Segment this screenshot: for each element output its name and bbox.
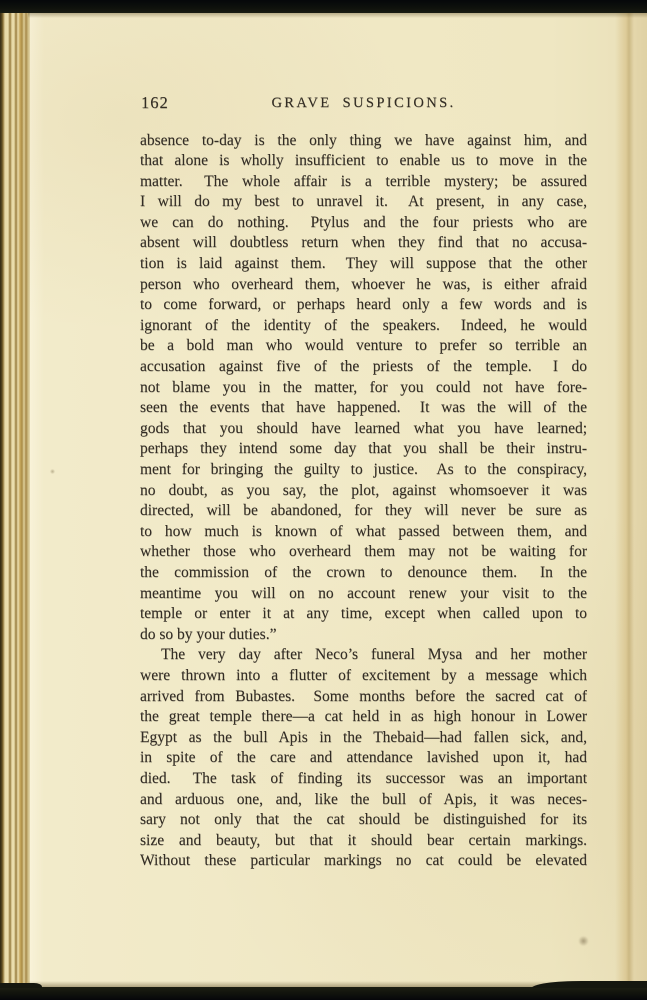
page-body-text: absence to-day is the only thing we have… [140, 131, 587, 872]
text-line: size and beauty, but that it should bear… [140, 831, 587, 852]
text-line: ignorant of the identity of the speakers… [140, 316, 587, 337]
running-header: GRAVE SUSPICIONS. [140, 93, 587, 112]
text-line: do so by your duties.” [140, 625, 587, 646]
text-line: the great temple there—a cat held in as … [140, 707, 587, 728]
text-line: be a bold man who would venture to prefe… [140, 336, 587, 357]
text-line: accusation against five of the priests o… [140, 357, 587, 378]
text-line: in spite of the care and attendance lavi… [140, 748, 587, 769]
text-line: absence to-day is the only thing we have… [140, 131, 587, 152]
text-line: died. The task of finding its successor … [140, 769, 587, 790]
text-line: to come forward, or perhaps heard only a… [140, 295, 587, 316]
text-line: sary not only that the cat should be dis… [140, 810, 587, 831]
text-line: I will do my best to unravel it. At pres… [140, 192, 587, 213]
photo-top-border [0, 0, 647, 13]
page-header: 162 GRAVE SUSPICIONS. [140, 93, 587, 115]
text-line: Egypt as the bull Apis in the Thebaid—ha… [140, 728, 587, 749]
text-line: directed, will be abandoned, for they wi… [140, 501, 587, 522]
photo-bottom-border [0, 987, 647, 1000]
text-line: no doubt, as you say, the plot, against … [140, 481, 587, 502]
text-line: perhaps they intend some day that you sh… [140, 439, 587, 460]
text-line: we can do nothing. Ptylus and the four p… [140, 213, 587, 234]
text-line: whether those who overheard them may not… [140, 542, 587, 563]
text-line: ment for bringing the guilty to justice.… [140, 460, 587, 481]
text-line: Without these particular markings no cat… [140, 851, 587, 872]
text-line: were thrown into a flutter of excitement… [140, 666, 587, 687]
text-line: tion is laid against them. They will sup… [140, 254, 587, 275]
text-line: that alone is wholly insufficient to ena… [140, 151, 587, 172]
text-line: gods that you should have learned what y… [140, 419, 587, 440]
text-line: seen the events that have happened. It w… [140, 398, 587, 419]
text-line: meantime you will on no account renew yo… [140, 584, 587, 605]
text-line: matter. The whole affair is a terrible m… [140, 172, 587, 193]
text-line: temple or enter it at any time, except w… [140, 604, 587, 625]
text-line: absent will doubtless return when they f… [140, 233, 587, 254]
page-top-edge-shadow [28, 13, 647, 18]
scanned-book-page: 162 GRAVE SUSPICIONS. absence to-day is … [0, 0, 647, 1000]
book-page-edges [0, 0, 30, 1000]
text-line: to how much is known of what passed betw… [140, 522, 587, 543]
text-line: arrived from Bubastes. Some months befor… [140, 687, 587, 708]
page-number: 162 [141, 93, 169, 113]
text-line: and arduous one, and, like the bull of A… [140, 790, 587, 811]
text-line: The very day after Neco’s funeral Mysa a… [140, 645, 587, 666]
text-line: person who overheard them, whoever he wa… [140, 275, 587, 296]
text-line: not blame you in the matter, for you cou… [140, 378, 587, 399]
text-line: the commission of the crown to denounce … [140, 563, 587, 584]
